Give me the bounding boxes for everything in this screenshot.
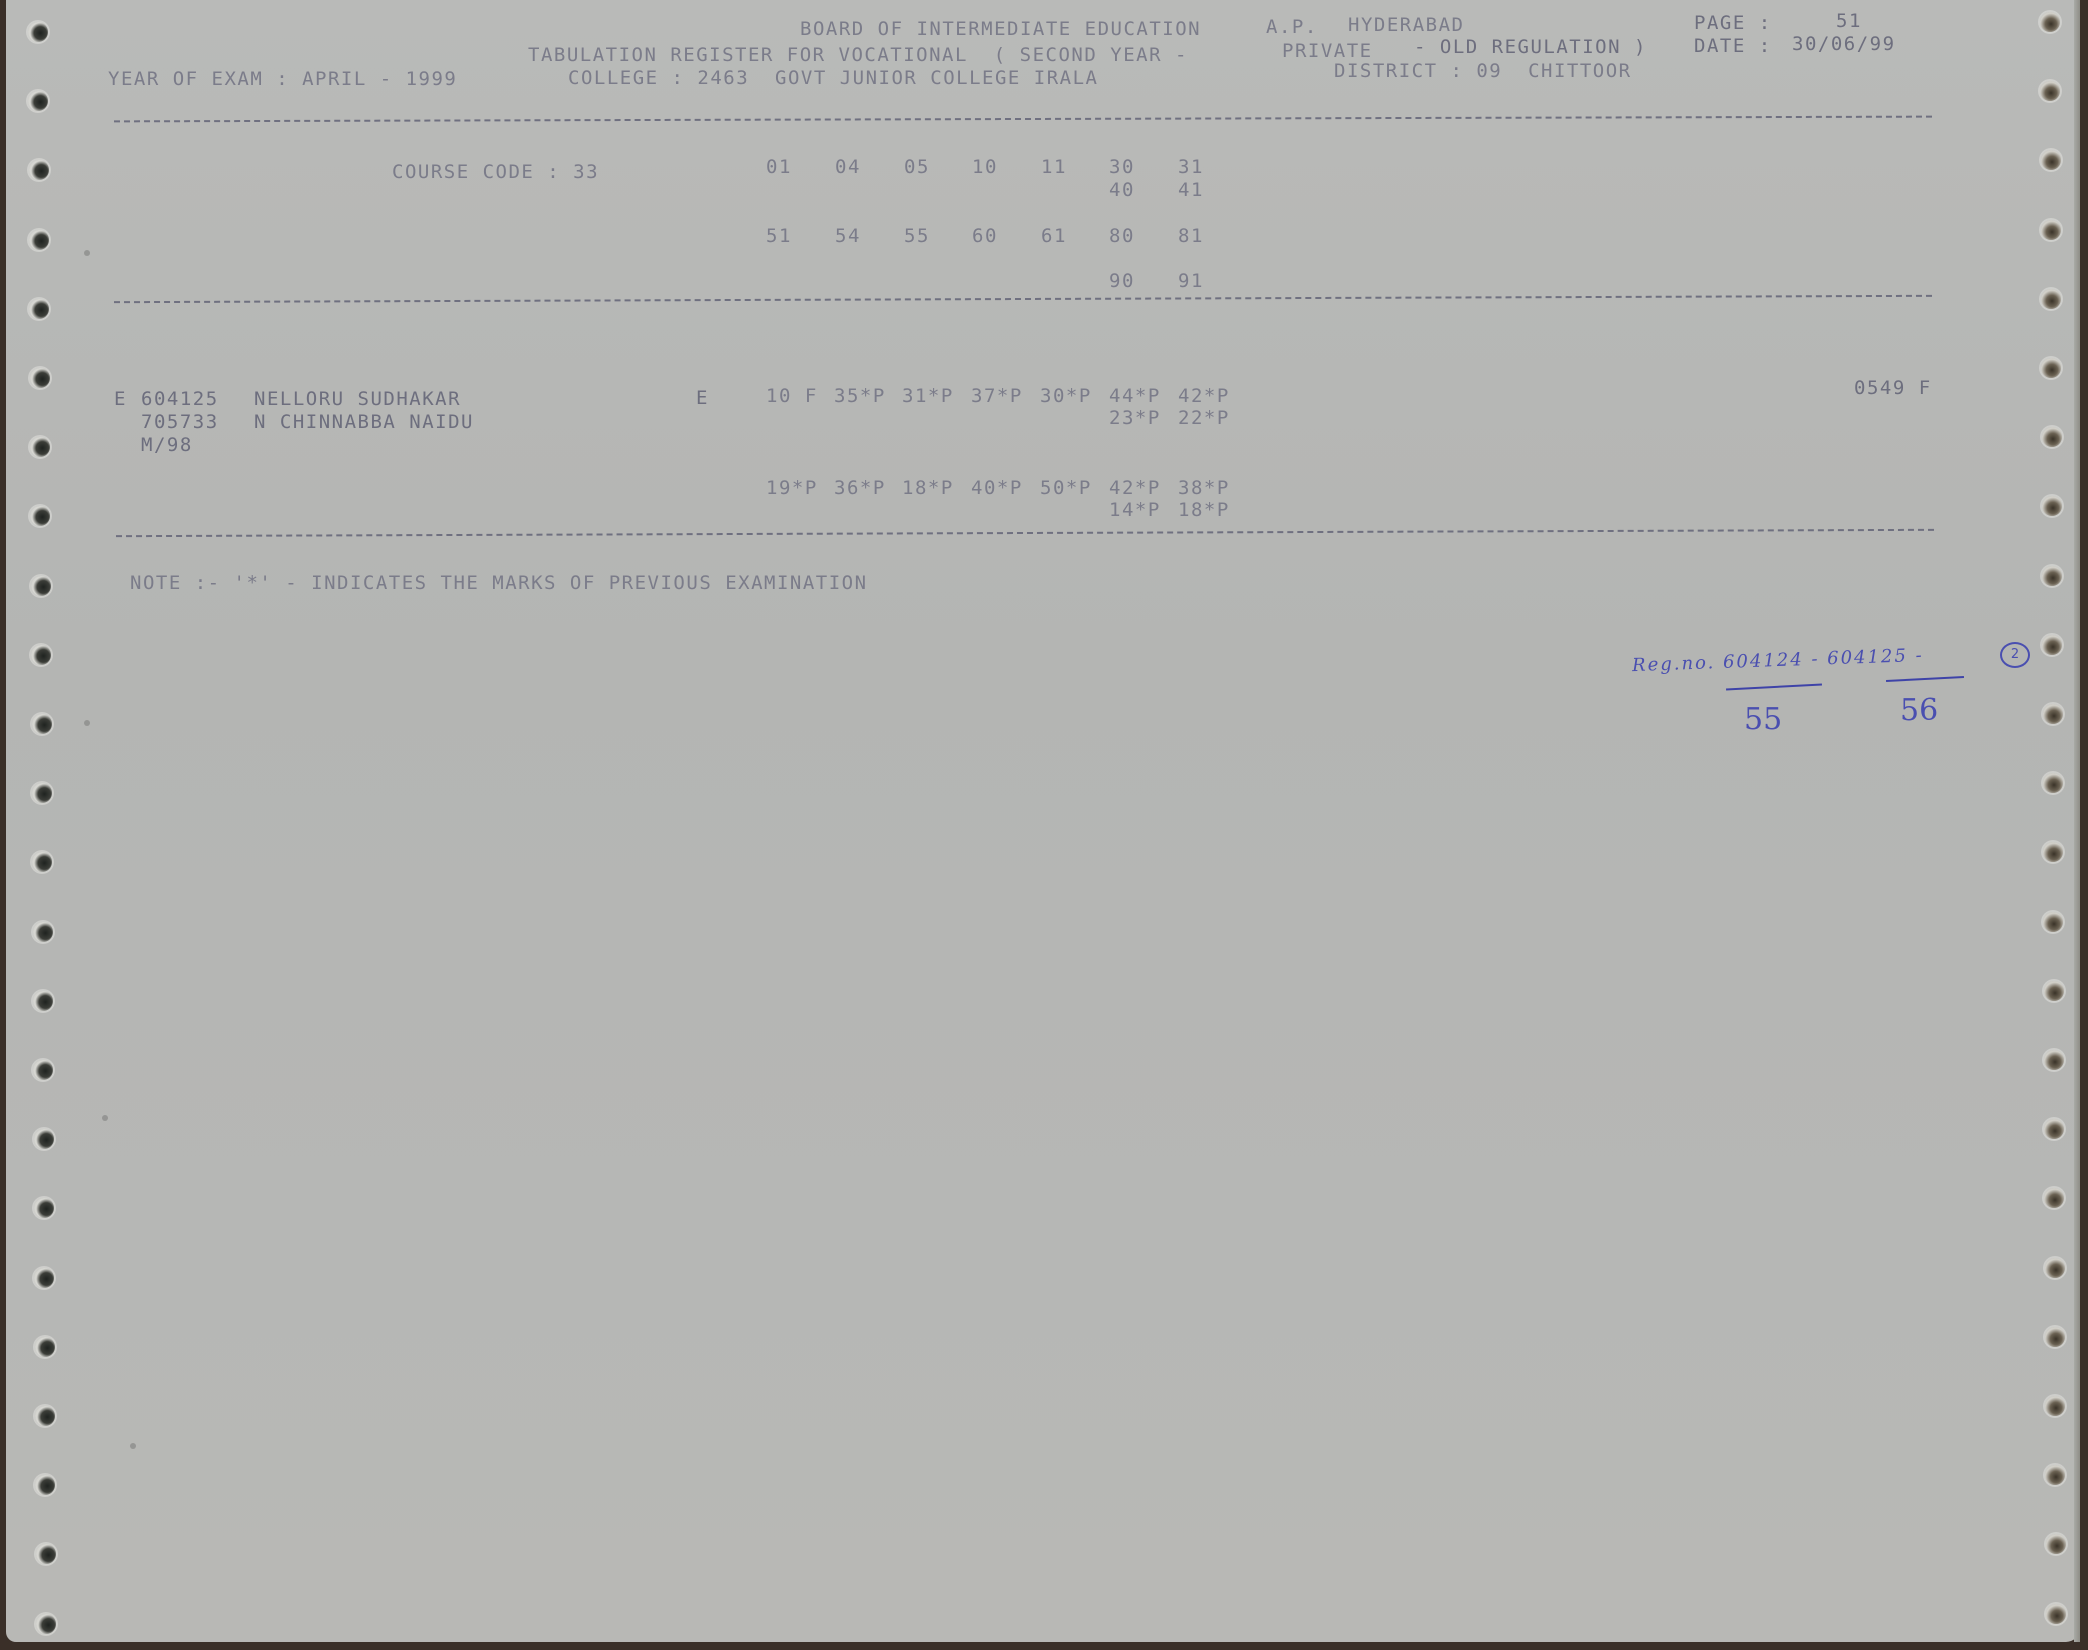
subject-mark: 42*P [1109, 477, 1161, 499]
regulation: - OLD REGULATION ) [1414, 36, 1647, 58]
district-info: DISTRICT : 09 CHITTOOR [1334, 60, 1632, 82]
feed-hole [33, 1060, 53, 1080]
subject-code: 80 [1109, 225, 1135, 247]
feed-hole [2045, 1327, 2065, 1347]
underline [1726, 683, 1822, 690]
feed-hole [35, 1475, 55, 1495]
subject-mark: 22*P [1178, 407, 1230, 429]
feed-hole [29, 160, 49, 180]
feed-hole [2044, 981, 2064, 1001]
subject-code: 81 [1178, 225, 1204, 247]
feed-hole [2045, 1465, 2065, 1485]
subject-mark: 42*P [1178, 385, 1230, 407]
subject-code: 61 [1041, 225, 1067, 247]
paper-speck [102, 1115, 108, 1121]
feed-hole [31, 645, 51, 665]
subject-code: 90 [1109, 270, 1135, 292]
register-title: TABULATION REGISTER FOR VOCATIONAL ( SEC… [528, 44, 1188, 66]
feed-hole [2041, 358, 2061, 378]
feed-hole [35, 1337, 55, 1357]
subject-mark: 19*P [766, 477, 818, 499]
separator-line [116, 529, 1934, 537]
subject-code: 11 [1041, 156, 1067, 178]
feed-hole [30, 506, 50, 526]
feed-hole [30, 437, 50, 457]
underline [1886, 676, 1964, 682]
feed-hole [32, 852, 52, 872]
exam-category: PRIVATE [1282, 40, 1373, 62]
registration-number: 705733 [141, 411, 219, 433]
feed-hole [36, 1544, 56, 1564]
print-date: 30/06/99 [1792, 33, 1896, 55]
feed-hole [2045, 1396, 2065, 1416]
feed-hole [33, 991, 53, 1011]
page-number: 51 [1836, 10, 1862, 32]
subject-mark: 23*P [1109, 407, 1161, 429]
feed-hole [2040, 12, 2060, 32]
feed-hole [29, 230, 49, 250]
circled-count: 2 [2000, 642, 2030, 668]
subject-code: 31 [1178, 156, 1204, 178]
subject-mark: 40*P [971, 477, 1023, 499]
board-name: BOARD OF INTERMEDIATE EDUCATION [800, 18, 1201, 40]
feed-hole [34, 1268, 54, 1288]
subject-code: 05 [904, 156, 930, 178]
subject-code: 40 [1109, 179, 1135, 201]
feed-hole [30, 368, 50, 388]
feed-hole [2042, 496, 2062, 516]
subject-mark: 18*P [902, 477, 954, 499]
feed-hole [2042, 427, 2062, 447]
footnote: NOTE :- '*' - INDICATES THE MARKS OF PRE… [130, 572, 868, 594]
subject-code: 55 [904, 225, 930, 247]
subject-code: 54 [835, 225, 861, 247]
subject-code: 91 [1178, 270, 1204, 292]
feed-hole [2043, 773, 2063, 793]
subject-mark: 37*P [971, 385, 1023, 407]
feed-hole [2045, 1258, 2065, 1278]
feed-hole [2046, 1534, 2066, 1554]
subject-code: 01 [766, 156, 792, 178]
city-name: HYDERABAD [1348, 14, 1464, 36]
feed-hole [2042, 566, 2062, 586]
college-info: COLLEGE : 2463 GOVT JUNIOR COLLEGE IRALA [568, 67, 1099, 89]
subject-code: 30 [1109, 156, 1135, 178]
feed-hole [2041, 289, 2061, 309]
hall-ticket-number: 604125 [141, 388, 219, 410]
feed-hole [2042, 635, 2062, 655]
feed-hole [36, 1614, 56, 1634]
feed-hole [2041, 220, 2061, 240]
feed-hole [2044, 1188, 2064, 1208]
handwritten-number-right: 56 [1900, 693, 1938, 728]
subject-code: 60 [972, 225, 998, 247]
feed-hole [2044, 1119, 2064, 1139]
date-label: DATE : [1694, 35, 1772, 57]
feed-hole [28, 22, 48, 42]
subject-mark: 35*P [834, 385, 886, 407]
separator-line [114, 295, 1932, 303]
feed-hole [2044, 1050, 2064, 1070]
paper-speck [84, 720, 90, 726]
feed-hole [34, 1198, 54, 1218]
feed-hole [2043, 704, 2063, 724]
feed-hole [31, 576, 51, 596]
subject-mark: 10 F [766, 385, 818, 407]
record-flag: E [114, 388, 127, 410]
course-code: COURSE CODE : 33 [392, 161, 599, 183]
feed-hole [2040, 81, 2060, 101]
subject-code: 04 [835, 156, 861, 178]
feed-hole [28, 91, 48, 111]
student-name: NELLORU SUDHAKAR [254, 388, 461, 410]
year-of-exam: YEAR OF EXAM : APRIL - 1999 [108, 68, 457, 90]
subject-code: 41 [1178, 179, 1204, 201]
paper-speck [130, 1443, 136, 1449]
subject-mark: 50*P [1040, 477, 1092, 499]
feed-hole [29, 299, 49, 319]
state-name: A.P. [1266, 16, 1318, 38]
handwritten-number-left: 55 [1744, 702, 1782, 737]
subject-mark: 14*P [1109, 499, 1161, 521]
feed-hole [2046, 1604, 2066, 1624]
father-name: N CHINNABBA NAIDU [254, 411, 474, 433]
feed-hole [35, 1406, 55, 1426]
paper-edge [2074, 0, 2080, 1642]
feed-hole [2043, 842, 2063, 862]
subject-mark: 38*P [1178, 477, 1230, 499]
tabulation-register-page: BOARD OF INTERMEDIATE EDUCATION A.P. HYD… [6, 0, 2080, 1642]
medium: E [696, 387, 709, 409]
subject-mark: 18*P [1178, 499, 1230, 521]
subject-mark: 36*P [834, 477, 886, 499]
handwritten-reg-range: Reg.no. 604124 - 604125 - [1632, 645, 1924, 676]
paper-speck [84, 250, 90, 256]
feed-hole [32, 783, 52, 803]
total-and-result: 0549 F [1854, 377, 1932, 399]
feed-hole [2043, 912, 2063, 932]
subject-mark: 31*P [902, 385, 954, 407]
feed-hole [32, 714, 52, 734]
subject-mark: 30*P [1040, 385, 1092, 407]
feed-hole [33, 922, 53, 942]
page-label: PAGE : [1694, 12, 1772, 34]
subject-mark: 44*P [1109, 385, 1161, 407]
subject-code: 51 [766, 225, 792, 247]
feed-hole [2041, 150, 2061, 170]
feed-hole [34, 1129, 54, 1149]
separator-line [114, 116, 1932, 123]
subject-code: 10 [972, 156, 998, 178]
previous-attempt: M/98 [141, 434, 193, 456]
